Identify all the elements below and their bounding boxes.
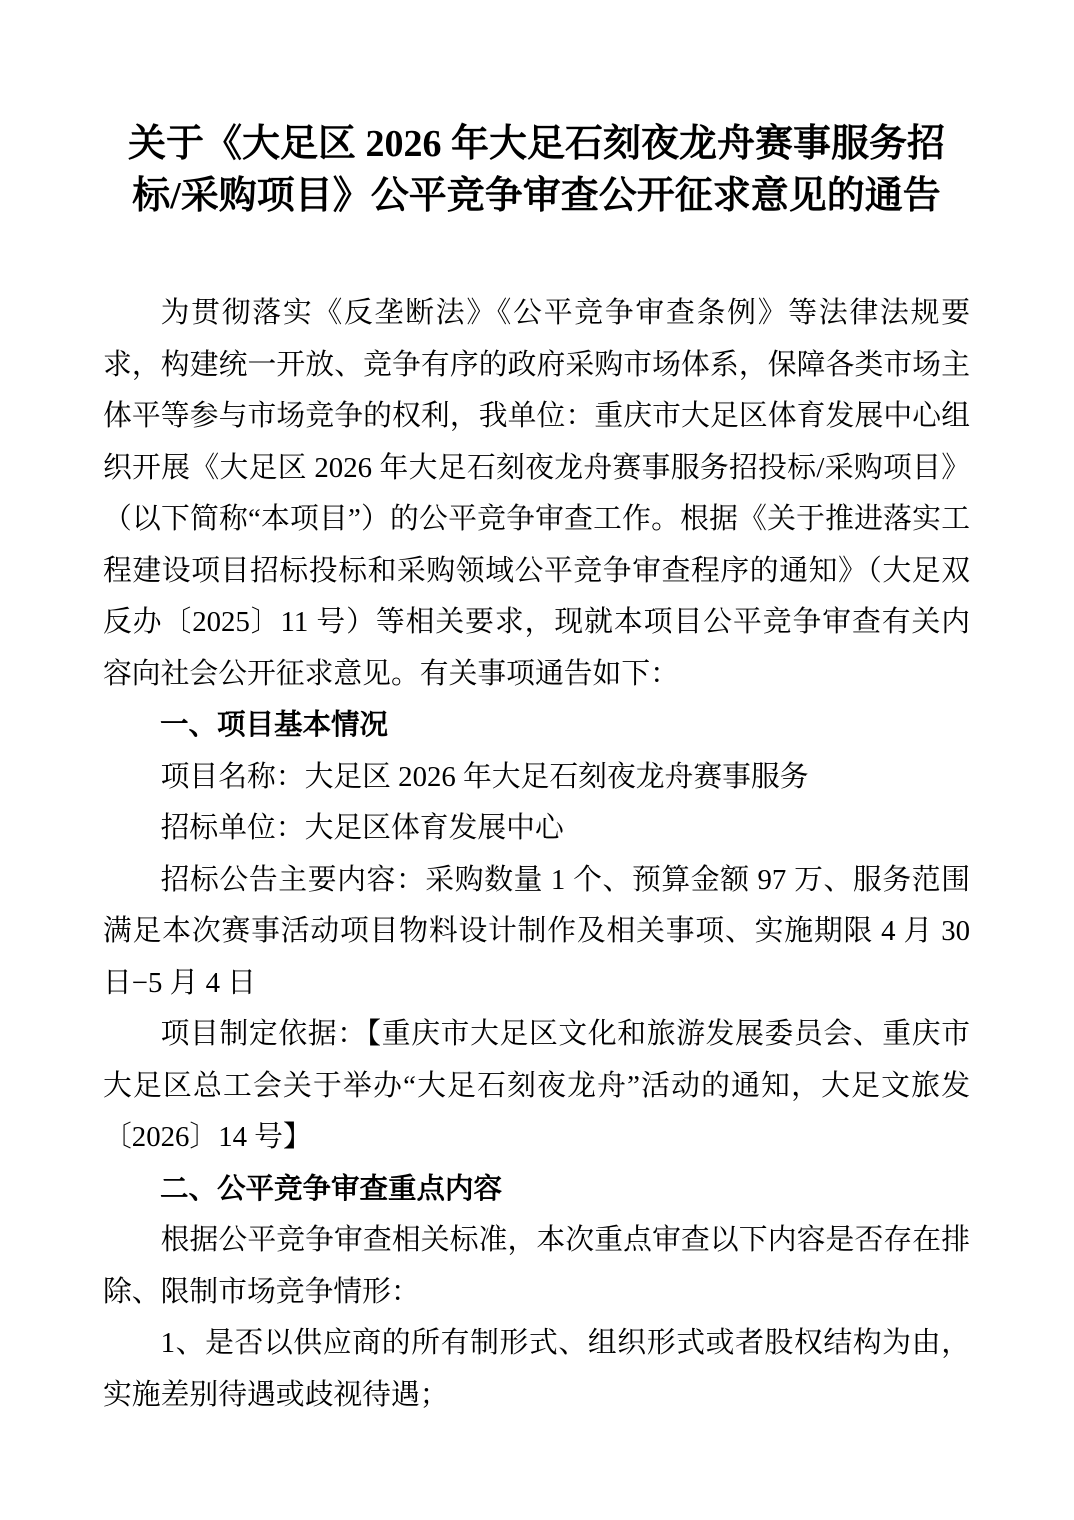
intro-paragraph: 为贯彻落实《反垄断法》《公平竞争审查条例》等法律法规要求，构建统一开放、竞争有序… <box>103 288 970 700</box>
review-item-1-paragraph: 1、是否以供应商的所有制形式、组织形式或者股权结构为由，实施差别待遇或歧视待遇； <box>103 1318 970 1421</box>
section-1-heading: 一、项目基本情况 <box>103 700 970 752</box>
review-standard-paragraph: 根据公平竞争审查相关标准，本次重点审查以下内容是否存在排除、限制市场竞争情形： <box>103 1215 970 1318</box>
section-2-heading: 二、公平竞争审查重点内容 <box>103 1164 970 1216</box>
document-title: 关于《大足区 2026 年大足石刻夜龙舟赛事服务招 标/采购项目》公平竞争审查公… <box>103 118 970 222</box>
project-basis-paragraph: 项目制定依据：【重庆市大足区文化和旅游发展委员会、重庆市大足区总工会关于举办“大… <box>103 1009 970 1164</box>
document-title-line-2: 标/采购项目》公平竞争审查公开征求意见的通告 <box>103 170 970 222</box>
document-title-line-1: 关于《大足区 2026 年大足石刻夜龙舟赛事服务招 <box>103 118 970 170</box>
document-page: 关于《大足区 2026 年大足石刻夜龙舟赛事服务招 标/采购项目》公平竞争审查公… <box>0 0 1074 1520</box>
project-name-paragraph: 项目名称：大足区 2026 年大足石刻夜龙舟赛事服务 <box>103 752 970 804</box>
tender-unit-paragraph: 招标单位：大足区体育发展中心 <box>103 803 970 855</box>
tender-announcement-content-paragraph: 招标公告主要内容：采购数量 1 个、预算金额 97 万、服务范围满足本次赛事活动… <box>103 855 970 1010</box>
